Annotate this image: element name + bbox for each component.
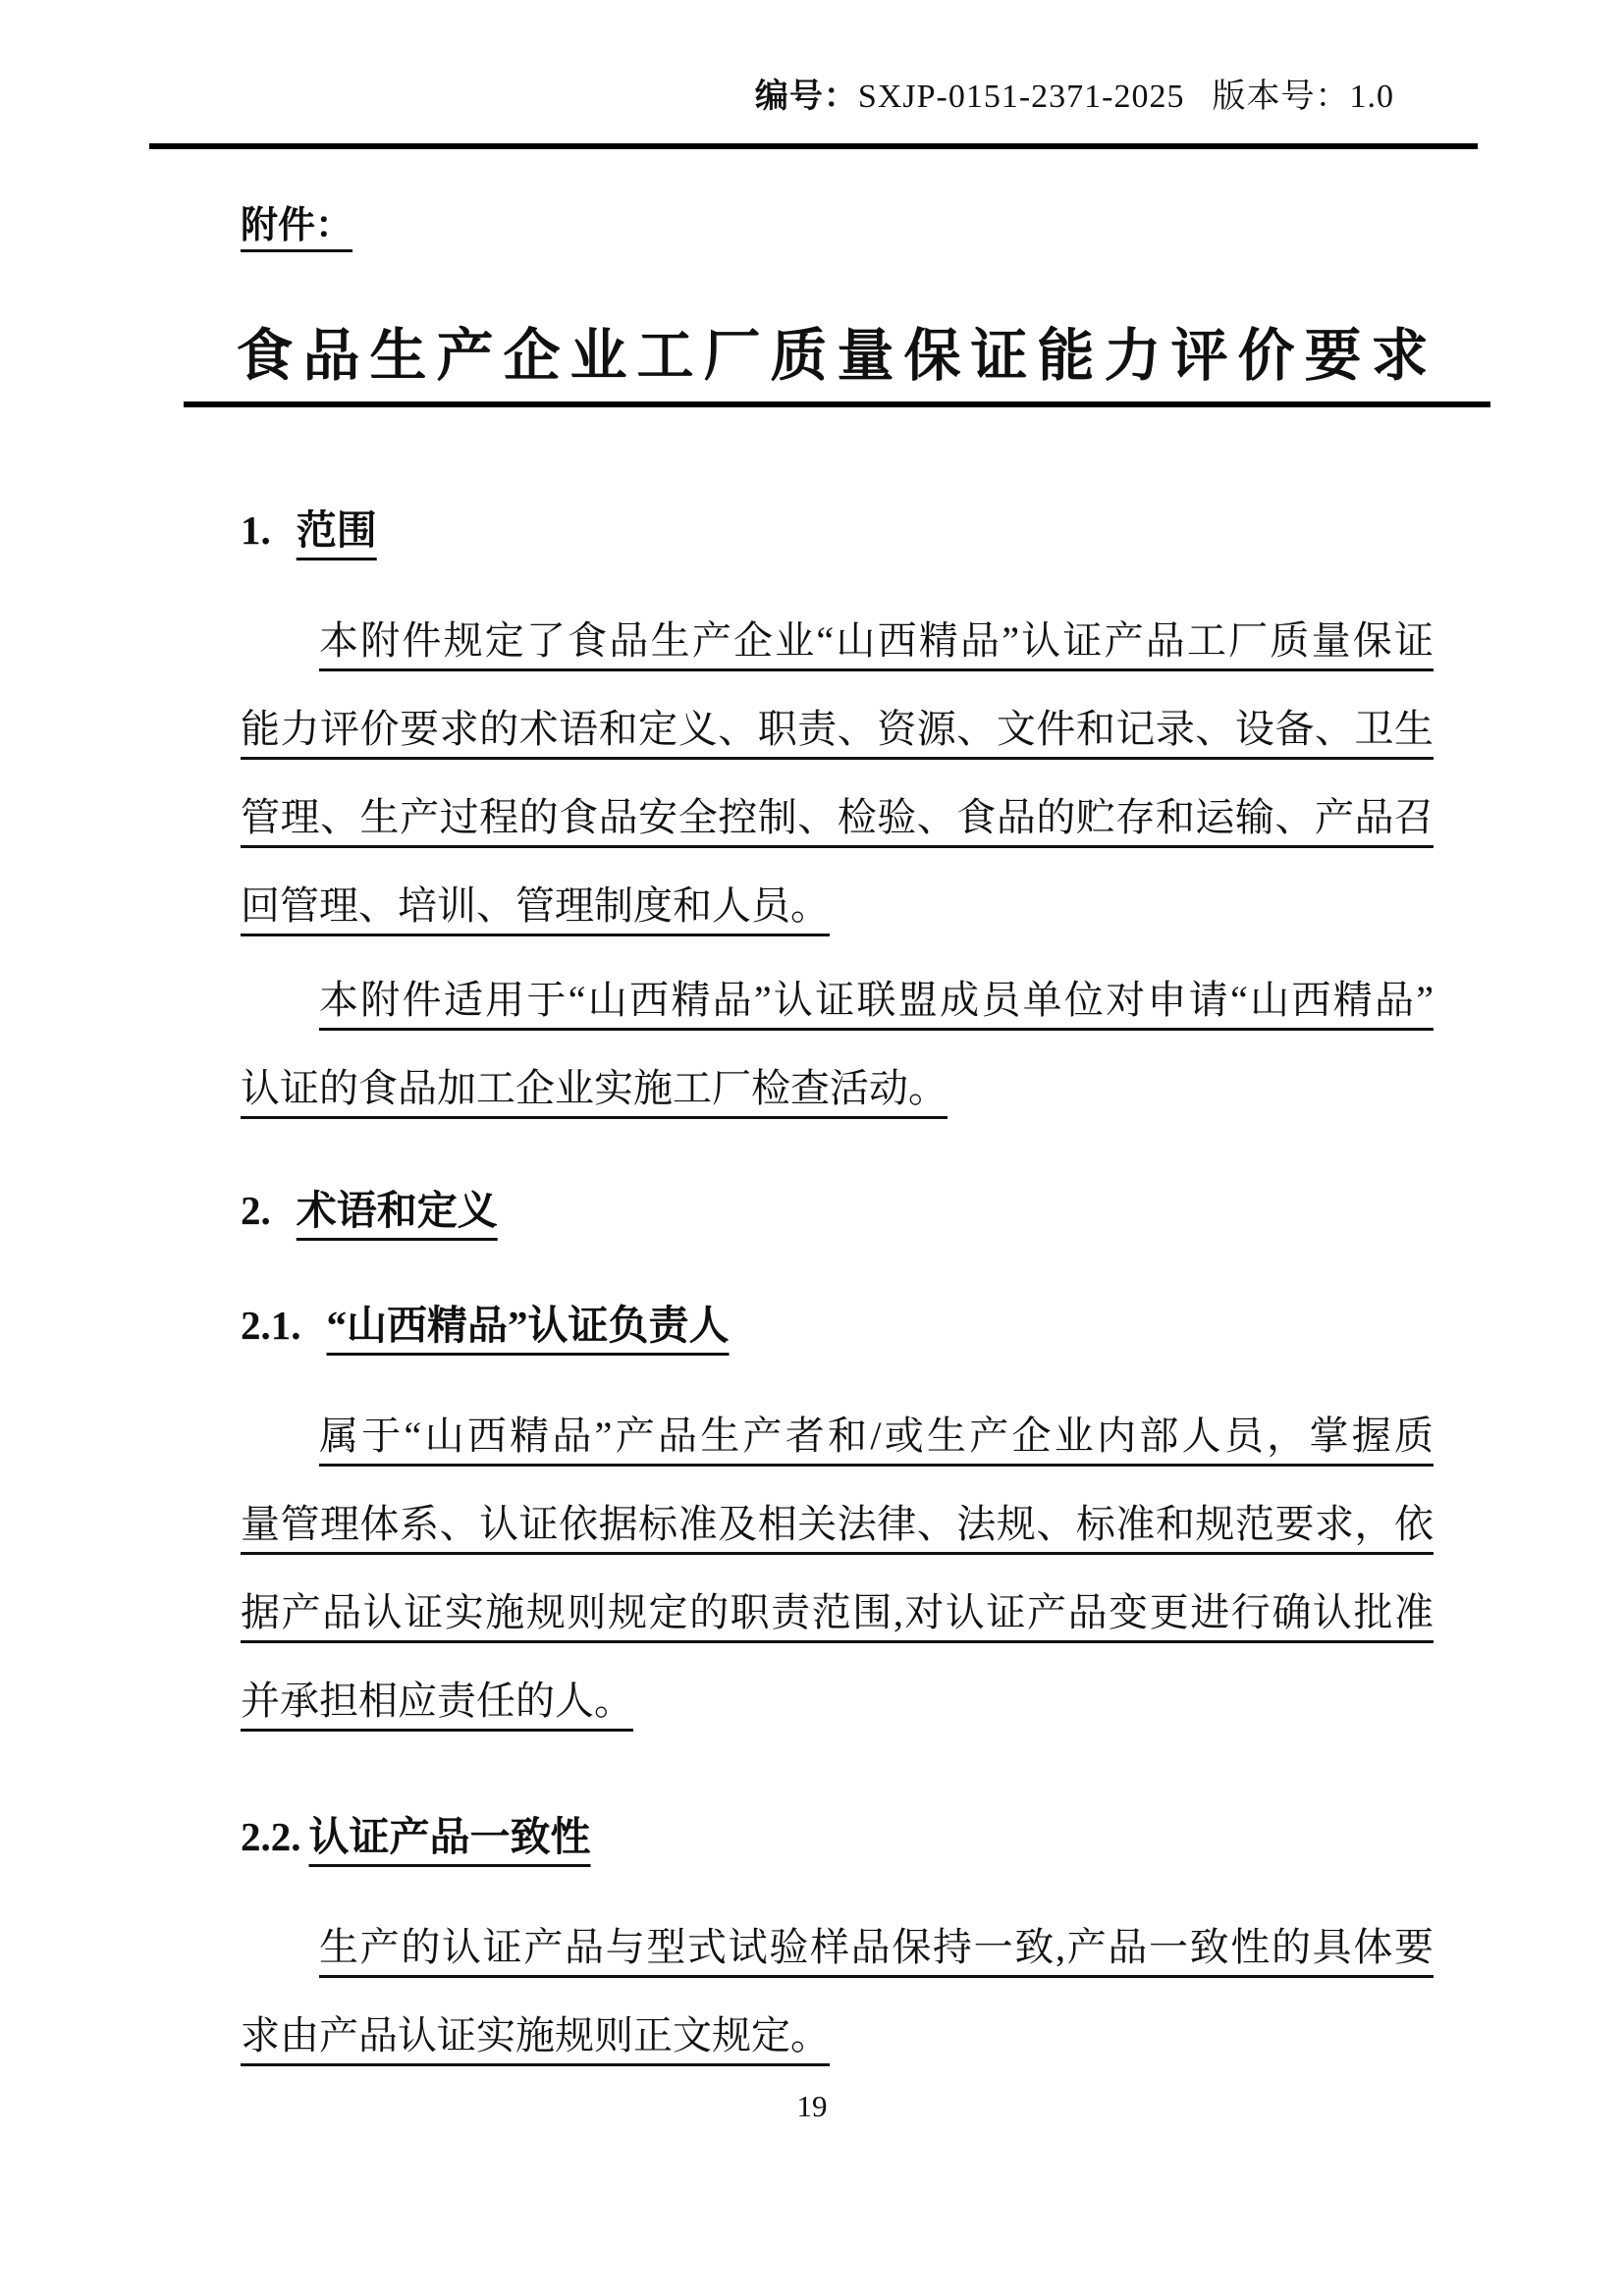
section-2-heading: 2.术语和定义	[241, 1178, 1434, 1236]
section-2-1-heading: 2.1.“山西精品”认证负责人	[241, 1293, 1434, 1351]
definition-2-2-line: 求由产品认证实施规则正文规定。	[241, 1992, 1434, 2080]
scope-p1-line: 回管理、培训、管理制度和人员。	[241, 862, 1434, 950]
section-1-label: 范围	[297, 507, 377, 553]
scope-paragraph-1: 本附件规定了食品生产企业“山西精品”认证产品工厂质量保证 能力评价要求的术语和定…	[241, 597, 1434, 950]
section-2-number: 2.	[241, 1188, 271, 1233]
doc-number-value: SXJP-0151-2371-2025	[858, 79, 1185, 115]
doc-version-value: 1.0	[1350, 79, 1395, 115]
scope-p2-line: 认证的食品加工企业实施工厂检查活动。	[241, 1044, 1434, 1133]
definition-2-1-line: 并承担相应责任的人。	[241, 1657, 1434, 1745]
doc-version-label: 版本号：	[1213, 79, 1350, 115]
section-2-1-label: “山西精品”认证负责人	[327, 1303, 730, 1348]
section-2-2-number: 2.2.	[241, 1814, 301, 1859]
page-number: 19	[0, 2089, 1624, 2124]
header-divider-rule	[149, 143, 1478, 149]
document-title: 食品生产企业工厂质量保证能力评价要求	[184, 309, 1490, 407]
scope-p2-line: 本附件适用于“山西精品”认证联盟成员单位对申请“山西精品”	[241, 956, 1434, 1044]
document-body: 附件： 食品生产企业工厂质量保证能力评价要求 1.范围 本附件规定了食品生产企业…	[241, 194, 1434, 2080]
attachment-label: 附件：	[241, 205, 352, 246]
section-1-heading: 1.范围	[241, 498, 1434, 556]
section-2-2-label: 认证产品一致性	[309, 1814, 591, 1859]
section-1-number: 1.	[241, 507, 271, 553]
section-2-label: 术语和定义	[297, 1188, 498, 1233]
section-2-2-heading: 2.2.认证产品一致性	[241, 1804, 1434, 1862]
scope-p1-line: 本附件规定了食品生产企业“山西精品”认证产品工厂质量保证	[241, 597, 1434, 685]
scope-p1-line: 能力评价要求的术语和定义、职责、资源、文件和记录、设备、卫生	[241, 685, 1434, 774]
definition-2-1-line: 属于“山西精品”产品生产者和/或生产企业内部人员，掌握质	[241, 1392, 1434, 1480]
doc-number-label: 编号：	[755, 79, 858, 115]
scope-p1-line: 管理、生产过程的食品安全控制、检验、食品的贮存和运输、产品召	[241, 774, 1434, 862]
definition-2-2-line: 生产的认证产品与型式试验样品保持一致,产品一致性的具体要	[241, 1903, 1434, 1992]
definition-2-1-line: 量管理体系、认证依据标准及相关法律、法规、标准和规范要求，依	[241, 1480, 1434, 1569]
section-2-1-number: 2.1.	[241, 1303, 301, 1348]
scope-paragraph-2: 本附件适用于“山西精品”认证联盟成员单位对申请“山西精品” 认证的食品加工企业实…	[241, 956, 1434, 1133]
definition-2-1-paragraph: 属于“山西精品”产品生产者和/或生产企业内部人员，掌握质 量管理体系、认证依据标…	[241, 1392, 1434, 1745]
definition-2-2-paragraph: 生产的认证产品与型式试验样品保持一致,产品一致性的具体要 求由产品认证实施规则正…	[241, 1903, 1434, 2080]
document-code-header: 编号：SXJP-0151-2371-2025版本号：1.0	[0, 69, 1394, 117]
definition-2-1-line: 据产品认证实施规则规定的职责范围,对认证产品变更进行确认批准	[241, 1569, 1434, 1657]
document-page: 编号：SXJP-0151-2371-2025版本号：1.0 附件： 食品生产企业…	[0, 0, 1624, 2296]
